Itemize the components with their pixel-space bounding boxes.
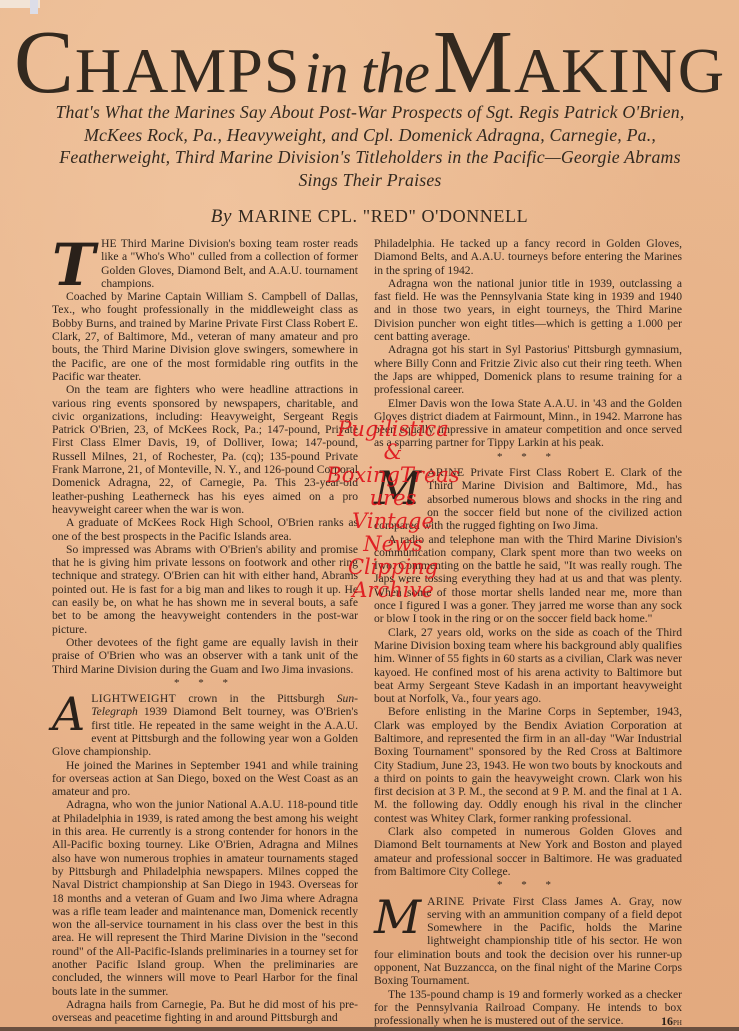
drop-cap-t: T bbox=[52, 241, 95, 289]
torn-corner-gap bbox=[30, 0, 38, 14]
title-word-making: AKING bbox=[514, 35, 725, 106]
article-subtitle: That's What the Marines Say About Post-W… bbox=[40, 101, 700, 191]
byline: ByMARINE CPL. "RED" O'DONNELL bbox=[0, 206, 739, 228]
lead-caps: LIGHTWEIGHT bbox=[91, 692, 176, 705]
paragraph: Before enlisting in the Marine Corps in … bbox=[374, 705, 682, 825]
page-number-suffix: PH bbox=[673, 1019, 682, 1027]
paragraph: Clark, 27 years old, works on the side a… bbox=[374, 626, 682, 706]
paragraph: Adragna, who won the junior National A.A… bbox=[52, 798, 358, 997]
section-lightweight-lead: ALIGHTWEIGHT crown in the Pittsburgh Sun… bbox=[52, 692, 358, 758]
section-clark-lead: MARINE Private First Class Robert E. Cla… bbox=[374, 466, 682, 532]
paragraph: Elmer Davis won the Iowa State A.A.U. in… bbox=[374, 397, 682, 450]
paragraph: A radio and telephone man with the Third… bbox=[374, 533, 682, 626]
page-bottom-edge bbox=[0, 1027, 739, 1031]
paragraph: On the team are fighters who were headli… bbox=[52, 383, 358, 516]
clipping-page: CHAMPSin theMAKING That's What the Marin… bbox=[0, 0, 739, 1031]
byline-author: MARINE CPL. "RED" O'DONNELL bbox=[238, 206, 528, 226]
page-number-value: 16 bbox=[661, 1014, 673, 1028]
paragraph: A graduate of McKees Rock High School, O… bbox=[52, 516, 358, 543]
drop-cap-m: M bbox=[374, 897, 421, 937]
lead-caps: ARINE bbox=[427, 466, 464, 479]
paragraph: Adragna won the national junior title in… bbox=[374, 277, 682, 343]
paragraph: Adragna hails from Carnegie, Pa. But he … bbox=[52, 998, 358, 1025]
section-separator: * * * bbox=[52, 677, 358, 690]
paragraph: Coached by Marine Captain William S. Cam… bbox=[52, 290, 358, 383]
paragraph: Clark also competed in numerous Golden G… bbox=[374, 825, 682, 878]
intro-text: HE Third Marine Division's boxing team r… bbox=[101, 237, 358, 290]
paragraph: Adragna got his start in Syl Pastorius' … bbox=[374, 343, 682, 396]
byline-prefix: By bbox=[211, 206, 232, 227]
right-column: Philadelphia. He tacked up a fancy recor… bbox=[374, 237, 682, 1028]
drop-cap-m: M bbox=[374, 468, 421, 508]
title-word-champs: HAMPS bbox=[75, 35, 301, 106]
drop-cap-a: A bbox=[52, 694, 85, 734]
lead-caps: ARINE bbox=[427, 895, 464, 908]
section-gray-lead: MARINE Private First Class James A. Gray… bbox=[374, 895, 682, 988]
paragraph-continued: Philadelphia. He tacked up a fancy recor… bbox=[374, 237, 682, 277]
title-initial-m: M bbox=[433, 13, 514, 112]
paragraph: He joined the Marines in September 1941 … bbox=[52, 759, 358, 799]
paragraph: Other devotees of the fight game are equ… bbox=[52, 636, 358, 676]
intro-paragraph: THE Third Marine Division's boxing team … bbox=[52, 237, 358, 290]
paragraph: The 135-pound champ is 19 and formerly w… bbox=[374, 988, 682, 1028]
lead-text: crown in the Pittsburgh bbox=[176, 692, 337, 705]
title-initial-c: C bbox=[14, 13, 75, 112]
left-column: THE Third Marine Division's boxing team … bbox=[52, 237, 358, 1025]
title-in-the: in the bbox=[304, 40, 428, 105]
paragraph: So impressed was Abrams with O'Brien's a… bbox=[52, 543, 358, 636]
